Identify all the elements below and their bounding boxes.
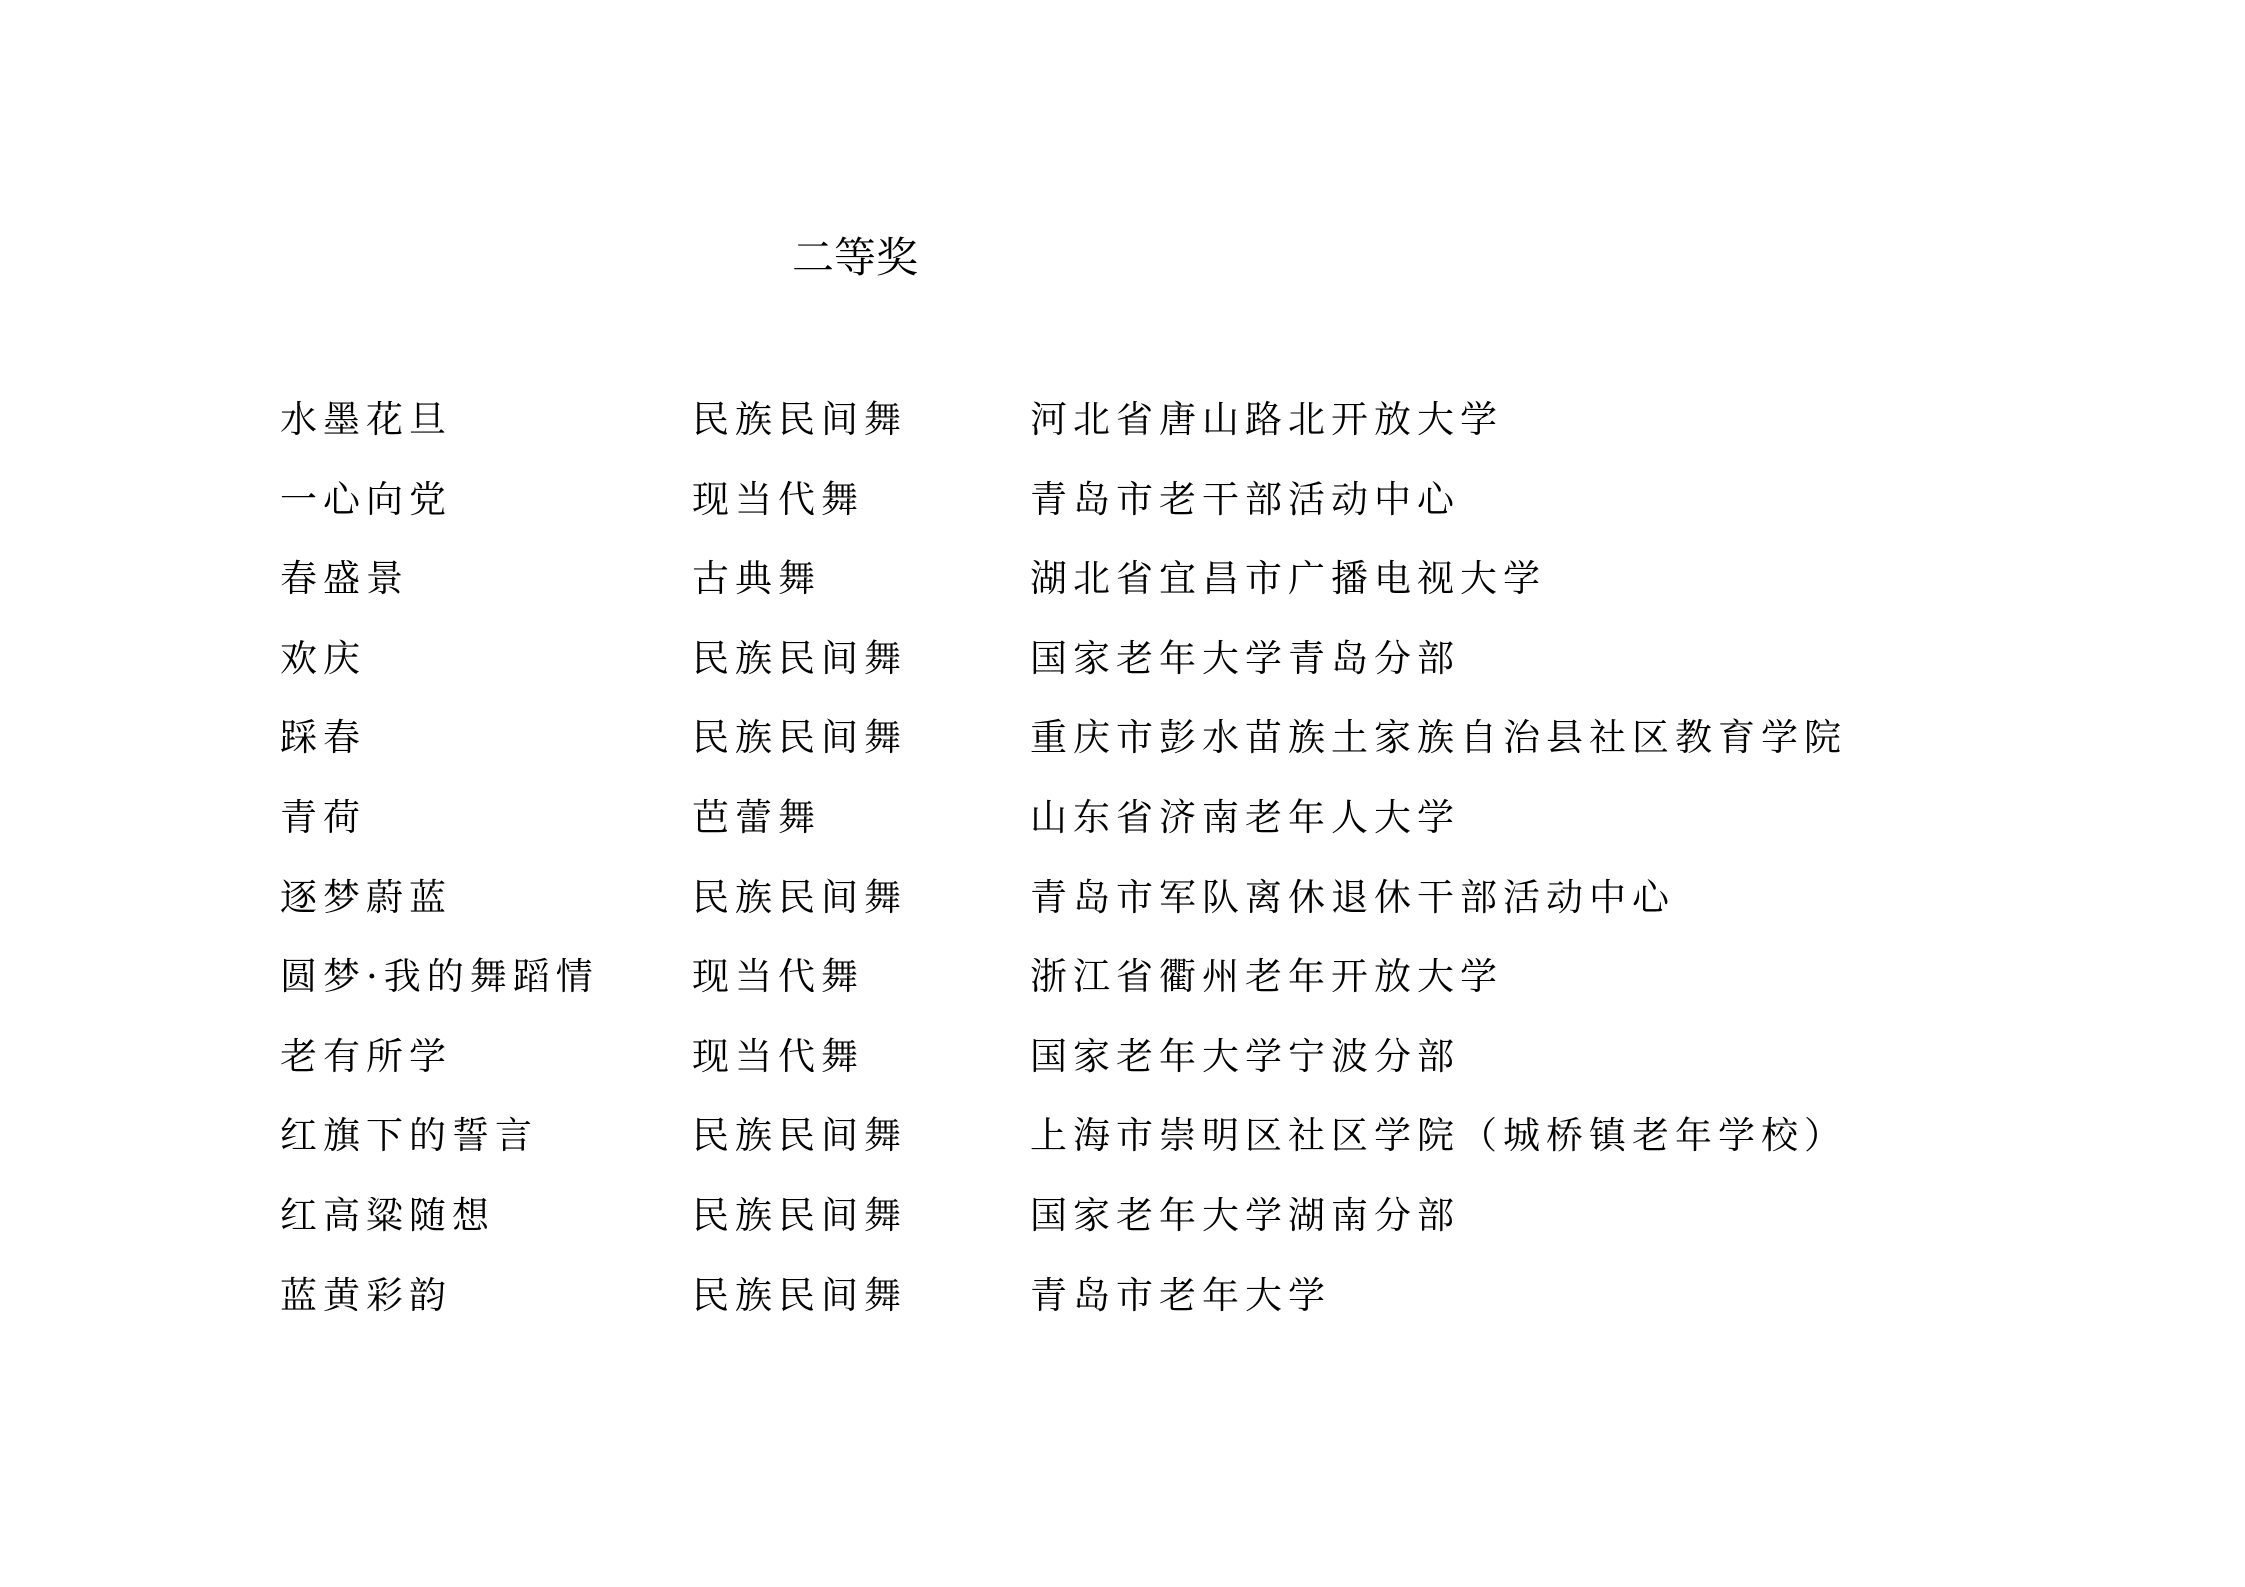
program-title: 青荷	[280, 794, 366, 842]
program-title: 踩春	[280, 714, 366, 762]
list-item: 逐梦蔚蓝 民族民间舞 青岛市军队离休退休干部活动中心	[0, 874, 2245, 922]
program-title: 欢庆	[280, 635, 366, 683]
dance-type: 现当代舞	[692, 1033, 864, 1081]
list-item: 红高粱随想 民族民间舞 国家老年大学湖南分部	[0, 1192, 2245, 1240]
organization: 青岛市老年大学	[1030, 1272, 1331, 1320]
list-item: 蓝黄彩韵 民族民间舞 青岛市老年大学	[0, 1272, 2245, 1320]
organization: 河北省唐山路北开放大学	[1030, 396, 1503, 444]
list-item: 圆梦·我的舞蹈情 现当代舞 浙江省衢州老年开放大学	[0, 953, 2245, 1001]
dance-type: 民族民间舞	[692, 714, 907, 762]
program-title: 红高粱随想	[280, 1192, 495, 1240]
program-title: 红旗下的誓言	[280, 1112, 538, 1160]
list-item: 老有所学 现当代舞 国家老年大学宁波分部	[0, 1033, 2245, 1081]
program-title: 圆梦·我的舞蹈情	[280, 953, 599, 1001]
organization: 上海市崇明区社区学院（城桥镇老年学校）	[1030, 1112, 1847, 1160]
organization: 青岛市军队离休退休干部活动中心	[1030, 874, 1675, 922]
program-title: 逐梦蔚蓝	[280, 874, 452, 922]
list-item: 青荷 芭蕾舞 山东省济南老年人大学	[0, 794, 2245, 842]
program-title: 老有所学	[280, 1033, 452, 1081]
dance-type: 民族民间舞	[692, 874, 907, 922]
organization: 青岛市老干部活动中心	[1030, 476, 1460, 524]
dance-type: 现当代舞	[692, 953, 864, 1001]
list-item: 踩春 民族民间舞 重庆市彭水苗族土家族自治县社区教育学院	[0, 714, 2245, 762]
organization: 国家老年大学青岛分部	[1030, 635, 1460, 683]
list-item: 红旗下的誓言 民族民间舞 上海市崇明区社区学院（城桥镇老年学校）	[0, 1112, 2245, 1160]
dance-type: 芭蕾舞	[692, 794, 821, 842]
list-item: 春盛景 古典舞 湖北省宜昌市广播电视大学	[0, 555, 2245, 603]
list-item: 水墨花旦 民族民间舞 河北省唐山路北开放大学	[0, 396, 2245, 444]
organization: 浙江省衢州老年开放大学	[1030, 953, 1503, 1001]
dance-type: 现当代舞	[692, 476, 864, 524]
organization: 重庆市彭水苗族土家族自治县社区教育学院	[1030, 714, 1847, 762]
dance-type: 民族民间舞	[692, 396, 907, 444]
program-title: 水墨花旦	[280, 396, 452, 444]
dance-type: 民族民间舞	[692, 1272, 907, 1320]
list-item: 一心向党 现当代舞 青岛市老干部活动中心	[0, 476, 2245, 524]
organization: 国家老年大学湖南分部	[1030, 1192, 1460, 1240]
program-title: 春盛景	[280, 555, 409, 603]
program-title: 一心向党	[280, 476, 452, 524]
organization: 山东省济南老年人大学	[1030, 794, 1460, 842]
document-page: 二等奖 水墨花旦 民族民间舞 河北省唐山路北开放大学 一心向党 现当代舞 青岛市…	[0, 0, 2245, 1587]
award-heading: 二等奖	[792, 232, 918, 284]
dance-type: 民族民间舞	[692, 1192, 907, 1240]
organization: 湖北省宜昌市广播电视大学	[1030, 555, 1546, 603]
dance-type: 古典舞	[692, 555, 821, 603]
list-item: 欢庆 民族民间舞 国家老年大学青岛分部	[0, 635, 2245, 683]
program-title: 蓝黄彩韵	[280, 1272, 452, 1320]
organization: 国家老年大学宁波分部	[1030, 1033, 1460, 1081]
dance-type: 民族民间舞	[692, 1112, 907, 1160]
dance-type: 民族民间舞	[692, 635, 907, 683]
